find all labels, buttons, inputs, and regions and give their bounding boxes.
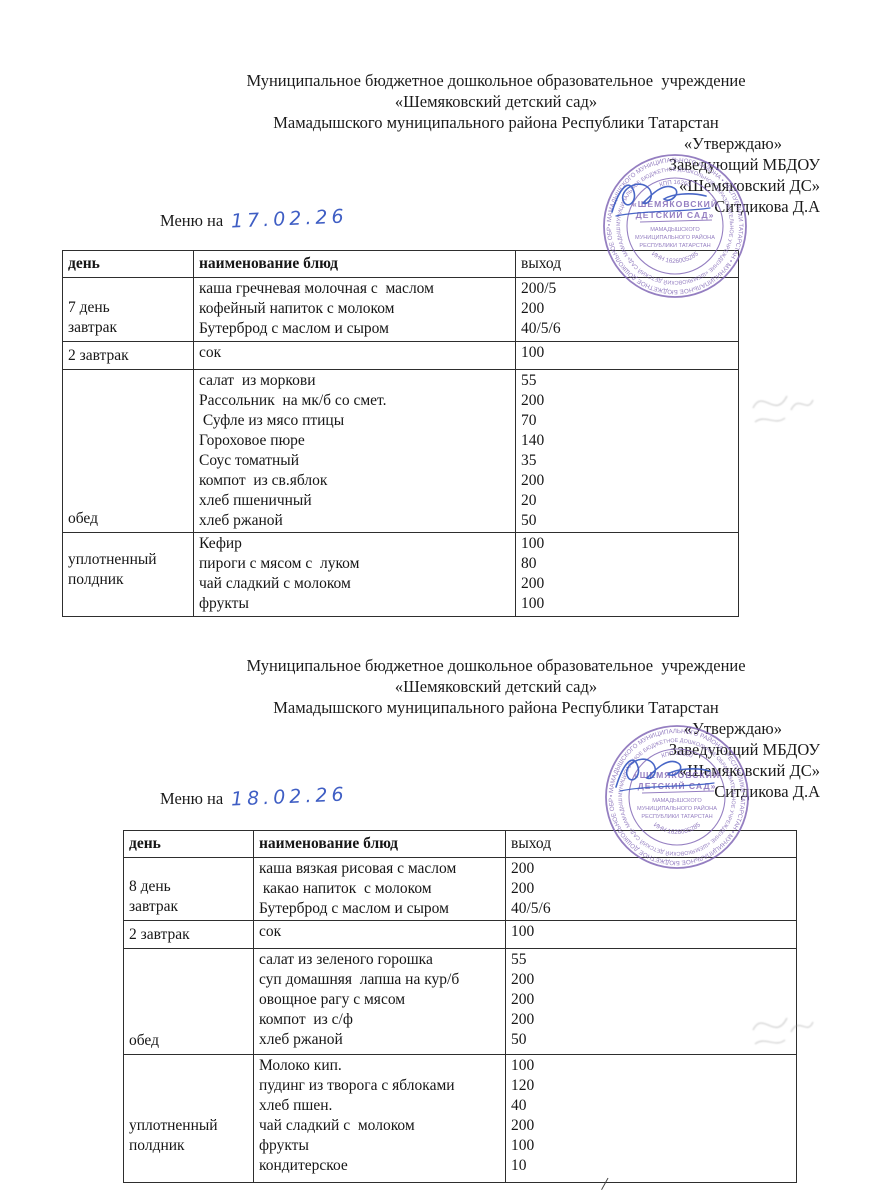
col-header-dishes: наименование блюд: [194, 251, 516, 278]
signature: [610, 747, 720, 799]
table-row-snack: уплотненный полдник Молоко кип. пудинг и…: [124, 1055, 797, 1183]
signature-stroke: [612, 184, 706, 212]
dishes-cell: салат из моркови Рассольник на мк/б со с…: [194, 370, 516, 533]
smudge-stroke: [753, 1018, 813, 1044]
seal-center-text: РЕСПУБЛИКИ ТАТАРСТАН: [639, 243, 710, 249]
menu-table-day8: день наименование блюд выход 8 день завт…: [123, 830, 797, 1183]
official-seal: • МАМАДЫШСКОГО МУНИЦИПАЛЬНОГО РАЙОНА • Р…: [590, 141, 760, 311]
day-cell: уплотненный полдник: [63, 533, 194, 617]
smudge-stroke: [753, 396, 813, 422]
org-name-line: Мамадышского муниципального района Респу…: [120, 112, 872, 133]
signature-underline: [620, 783, 714, 791]
organization-header: Муниципальное бюджетное дошкольное образ…: [120, 70, 872, 133]
signature-underline: [616, 208, 710, 216]
handwritten-date: 18.02.26: [231, 783, 348, 810]
seal-inn-text: ИНН 1626005285: [650, 250, 700, 265]
day-cell: обед: [124, 949, 254, 1055]
dishes-cell: Кефир пироги с мясом с луком чай сладкий…: [194, 533, 516, 617]
portion-cell: 100: [506, 921, 797, 949]
menu-label: Меню на: [160, 789, 223, 808]
dishes-cell: Молоко кип. пудинг из творога с яблоками…: [254, 1055, 506, 1183]
seal-center-text: МУНИЦИПАЛЬНОГО РАЙОНА: [637, 804, 717, 812]
day-cell: 2 завтрак: [63, 342, 194, 370]
org-name-line: «Шемяковский детский сад»: [120, 91, 872, 112]
seal-center-text: РЕСПУБЛИКИ ТАТАРСТАН: [641, 814, 712, 820]
menu-date-line: Меню на17.02.26: [160, 209, 348, 231]
day-cell: обед: [63, 370, 194, 533]
portion-cell: 55 200 70 140 35 200 20 50: [516, 370, 739, 533]
table-row-second-breakfast: 2 завтрак сок 100: [63, 342, 739, 370]
scan-smudge: [745, 1000, 815, 1055]
signature: [606, 172, 716, 224]
col-header-day: день: [124, 831, 254, 858]
scan-smudge: [745, 378, 815, 433]
table-row-lunch: обед салат из моркови Рассольник на мк/б…: [63, 370, 739, 533]
portion-cell: 100: [516, 342, 739, 370]
org-name-line: Муниципальное бюджетное дошкольное образ…: [120, 70, 872, 91]
day-cell: 7 день завтрак: [63, 278, 194, 342]
table-row-snack: уплотненный полдник Кефир пироги с мясом…: [63, 533, 739, 617]
table-row-lunch: обед салат из зеленого горошка суп домаш…: [124, 949, 797, 1055]
dishes-cell: каша гречневая молочная с маслом кофейны…: [194, 278, 516, 342]
dishes-cell: салат из зеленого горошка суп домашняя л…: [254, 949, 506, 1055]
menu-label: Меню на: [160, 211, 223, 230]
dishes-cell: сок: [194, 342, 516, 370]
day-cell: 8 день завтрак: [124, 858, 254, 921]
seal-center-text: МУНИЦИПАЛЬНОГО РАЙОНА: [635, 233, 715, 241]
handwritten-date: 17.02.26: [231, 205, 348, 232]
organization-header: Муниципальное бюджетное дошкольное образ…: [120, 655, 872, 718]
seal-inn-text: ИНН 1626005285: [652, 821, 702, 836]
org-name-line: «Шемяковский детский сад»: [120, 676, 872, 697]
signature-stroke: [616, 759, 710, 787]
dishes-cell: сок: [254, 921, 506, 949]
menu-date-line: Меню на18.02.26: [160, 787, 348, 809]
day-cell: 2 завтрак: [124, 921, 254, 949]
col-header-day: день: [63, 251, 194, 278]
col-header-dishes: наименование блюд: [254, 831, 506, 858]
seal-center-text: МАМАДЫШСКОГО: [650, 227, 700, 233]
dishes-cell: каша вязкая рисовая с маслом какао напит…: [254, 858, 506, 921]
table-row-second-breakfast: 2 завтрак сок 100: [124, 921, 797, 949]
portion-cell: 100 120 40 200 100 10: [506, 1055, 797, 1183]
day-cell: уплотненный полдник: [124, 1055, 254, 1183]
portion-cell: 100 80 200 100: [516, 533, 739, 617]
org-name-line: Муниципальное бюджетное дошкольное образ…: [120, 655, 872, 676]
scanned-document-page: Муниципальное бюджетное дошкольное образ…: [0, 0, 872, 1200]
